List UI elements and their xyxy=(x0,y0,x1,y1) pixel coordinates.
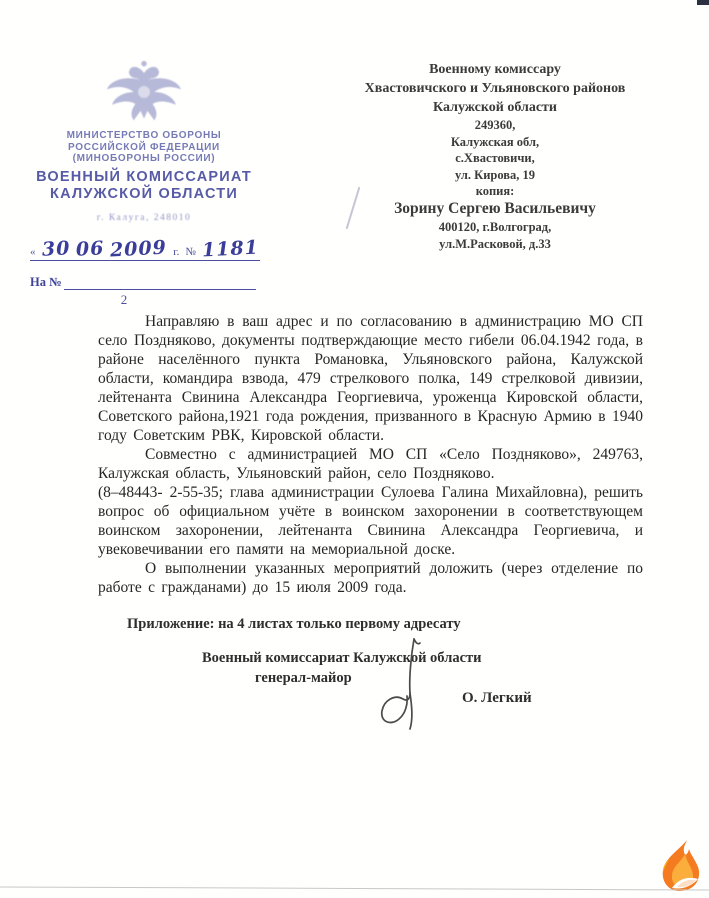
recipient-title: Военному комиссару xyxy=(308,60,682,79)
ministry-line: (МИНОБОРОНЫ РОССИИ) xyxy=(26,153,262,165)
scanned-letter-page: МИНИСТЕРСТВО ОБОРОНЫ РОССИЙСКОЙ ФЕДЕРАЦИ… xyxy=(0,0,709,898)
signature-name: О. Легкий xyxy=(462,690,532,707)
ref-blank-line xyxy=(64,277,256,290)
org-name-line: КАЛУЖСКОЙ ОБЛАСТИ xyxy=(26,186,262,204)
recipient-address: с.Хвастовичи, xyxy=(308,150,682,167)
scan-page-edge xyxy=(0,886,709,890)
recipient-title: Калужской области xyxy=(308,98,682,117)
recipient-address: ул. Кирова, 19 xyxy=(308,167,682,184)
org-address: г. Калуга, 248010 xyxy=(26,213,262,223)
recipient-block: Военному комиссару Хвастовичского и Улья… xyxy=(308,60,682,252)
recipient-address: 249360, xyxy=(308,117,682,134)
scan-corner-artifact xyxy=(697,0,709,5)
handwritten-year: 2009 xyxy=(110,238,168,260)
recipient-title: Хвастовичского и Ульяновского районов xyxy=(308,79,682,98)
copy-recipient-address: ул.М.Расковой, д.33 xyxy=(308,236,682,253)
double-headed-eagle-icon xyxy=(101,56,187,128)
letterhead-stamp: МИНИСТЕРСТВО ОБОРОНЫ РОССИЙСКОЙ ФЕДЕРАЦИ… xyxy=(26,56,262,308)
body-paragraph: Направляю в ваш адрес и по согласованию … xyxy=(98,312,643,445)
reference-number-line: На № xyxy=(30,275,256,290)
number-sign: № xyxy=(185,246,196,259)
recipient-address: Калужская обл, xyxy=(308,134,682,151)
handwritten-month: 06 xyxy=(75,239,104,259)
letter-body: Направляю в ваш адрес и по согласованию … xyxy=(98,312,643,597)
body-paragraph: О выполнении указанных мероприятий долож… xyxy=(98,559,643,597)
attachment-note: Приложение: на 4 листах только первому а… xyxy=(127,616,461,633)
signature-rank: генерал-майор xyxy=(255,670,352,687)
ref-label: На № xyxy=(30,275,62,290)
copy-recipient-address: 400120, г.Волгоград, xyxy=(308,219,682,236)
body-paragraph: Совместно с администрацией МО СП «Село П… xyxy=(98,445,643,483)
org-name-line: ВОЕННЫЙ КОМИССАРИАТ xyxy=(26,169,262,187)
copy-label: копия: xyxy=(308,183,682,199)
ministry-line: РОССИЙСКОЙ ФЕДЕРАЦИИ xyxy=(26,142,262,154)
page-number-note: 2 xyxy=(0,292,262,308)
year-label: г. xyxy=(173,246,179,259)
eternal-flame-logo-icon xyxy=(650,840,704,892)
ministry-line: МИНИСТЕРСТВО ОБОРОНЫ xyxy=(26,130,262,142)
outgoing-date-number-line: « 30 06 2009 г. № 1181 xyxy=(30,233,260,261)
handwritten-doc-number: 1181 xyxy=(201,238,259,260)
body-paragraph: (8–48443- 2-55-35; глава администрации С… xyxy=(98,483,643,559)
copy-recipient-name: Зорину Сергею Васильевичу xyxy=(308,199,682,219)
open-quote: « xyxy=(30,246,36,259)
handwritten-signature-icon xyxy=(374,636,446,732)
handwritten-day: 30 xyxy=(41,239,70,259)
